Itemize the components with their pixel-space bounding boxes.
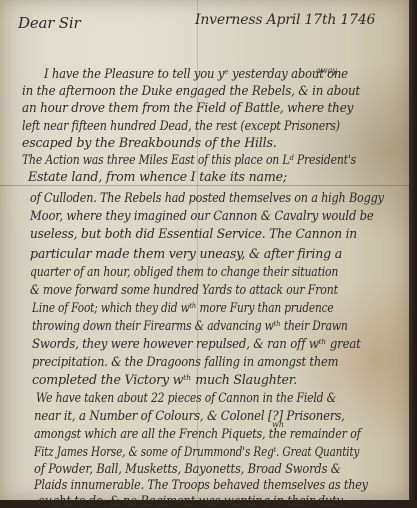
letter-line: I have the Pleasure to tell you yᵉ yeste… — [44, 66, 348, 81]
background-edge — [409, 0, 417, 500]
letter-line: completed the Victory wᵗʰ much Slaughter… — [32, 372, 297, 387]
letter-line: ought to do, & no Regiment was wanting i… — [38, 493, 345, 500]
letter-line: The Action was three Miles East of this … — [22, 152, 356, 167]
letter-line: particular made them very uneasy, & afte… — [30, 246, 342, 261]
letter-line: useless, but both did Essential Service.… — [30, 226, 357, 241]
letter-line: We have taken about 22 pieces of Cannon … — [36, 390, 336, 405]
salutation: Dear Sir — [18, 14, 80, 32]
letter-line: & move forward some hundred Yards to att… — [30, 282, 338, 297]
letter-page: Dear Sir Inverness April 17th 1746 away … — [0, 0, 409, 500]
letter-line: near it, a Number of Colours, & Colonel … — [34, 408, 345, 423]
letter-line: in the afternoon the Duke engaged the Re… — [22, 83, 360, 98]
place-and-date: Inverness April 17th 1746 — [195, 12, 375, 28]
letter-line: throwing down their Firearms & advancing… — [32, 318, 348, 333]
letter-line: quarter of an hour, obliged them to chan… — [30, 264, 338, 279]
letter-line: Line of Foot; which they did wᵗʰ more Fu… — [32, 300, 334, 315]
letter-line: Estate land, from whence I take its name… — [28, 169, 287, 184]
horizontal-fold-crease — [0, 185, 409, 186]
letter-line: Fitz James Horse, & some of Drummond's R… — [34, 444, 359, 459]
letter-line: of Powder, Ball, Musketts, Bayonetts, Br… — [34, 461, 341, 476]
letter-line: an hour drove them from the Field of Bat… — [22, 100, 353, 115]
letter-line: Plaids innumerable. The Troops behaved t… — [34, 477, 368, 492]
letter-line: escaped by the Breakbounds of the Hills. — [22, 135, 277, 150]
letter-line: of Culloden. The Rebels had posted thems… — [30, 190, 384, 205]
letter-line: precipitation. & the Dragoons falling in… — [32, 354, 338, 369]
letter-line: left near fifteen hundred Dead, the rest… — [22, 118, 340, 133]
letter-line: amongst which are all the French Piquets… — [34, 426, 360, 441]
letter-line: Moor, where they imagined our Cannon & C… — [30, 208, 374, 223]
letter-line: Swords, they were however repulsed, & ra… — [32, 336, 361, 351]
